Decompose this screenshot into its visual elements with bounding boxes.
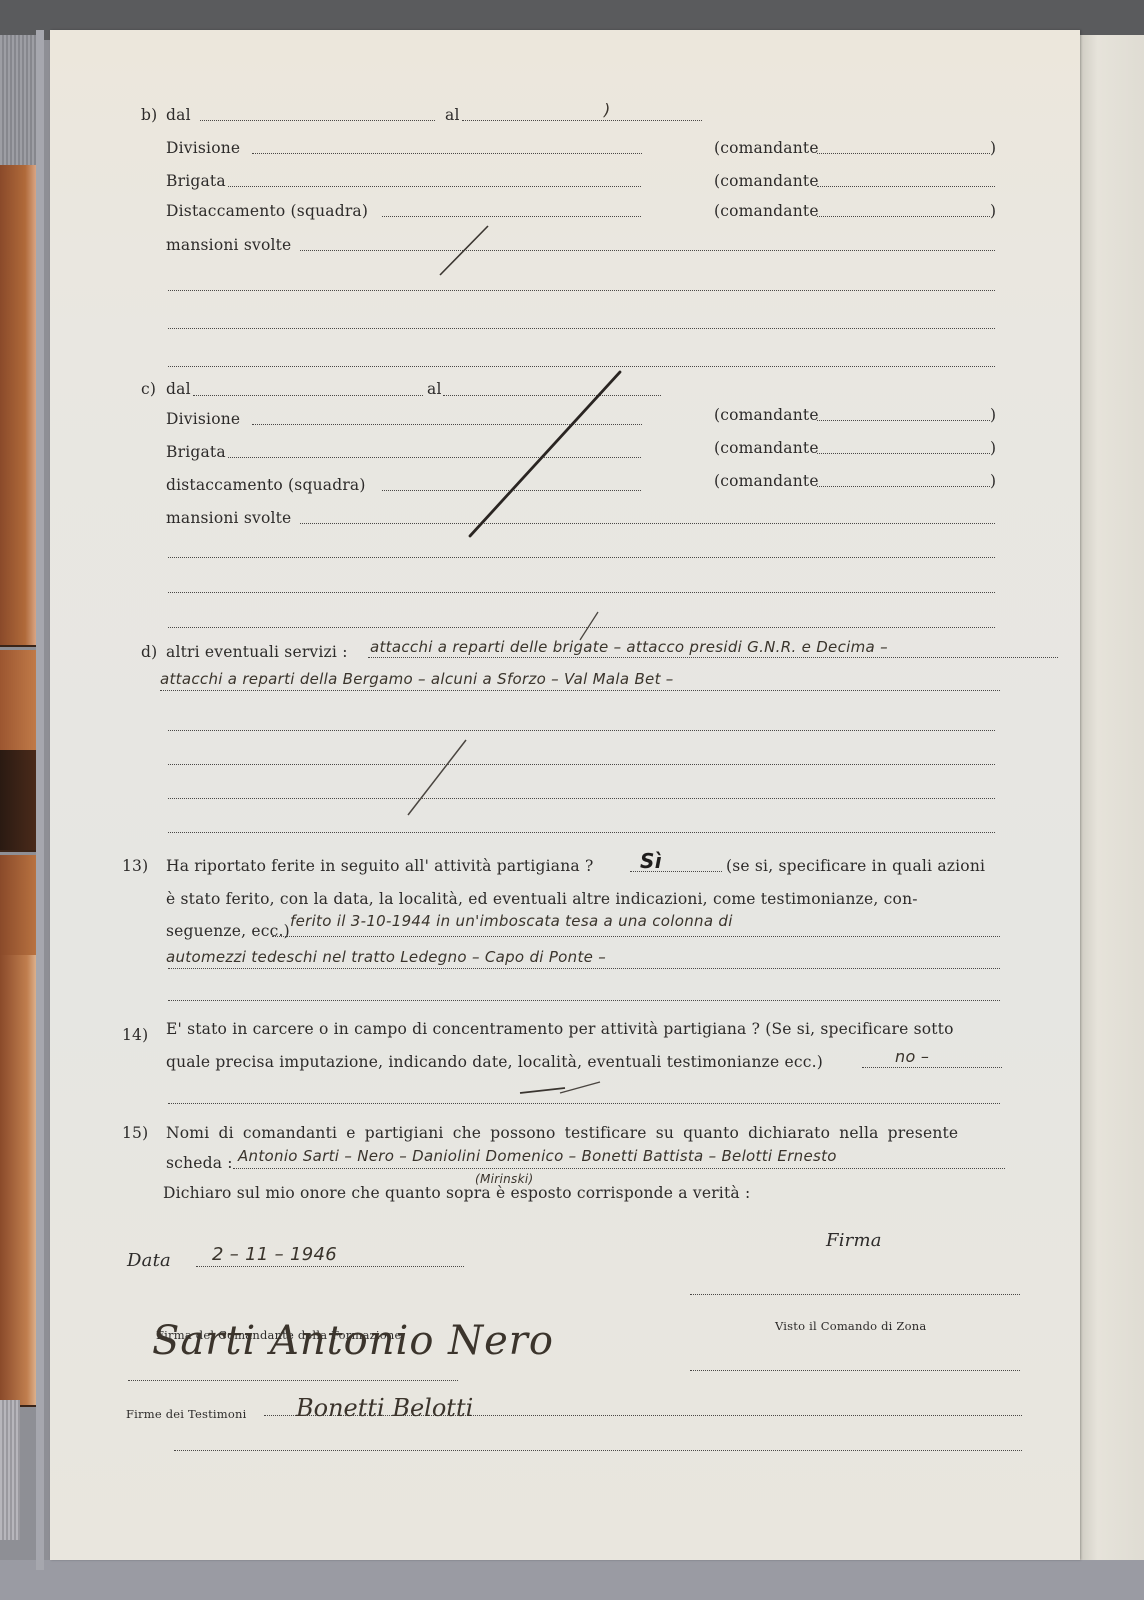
comandante-field[interactable] <box>817 486 990 487</box>
ferite-detail-answer: ferito il 3-10-1944 in un'imboscata tesa… <box>290 912 733 930</box>
binder-spine <box>0 165 36 647</box>
dal-field[interactable] <box>200 120 435 121</box>
altri-servizi-line[interactable] <box>168 764 995 765</box>
altri-servizi-line[interactable] <box>160 690 1000 691</box>
question-text: Nomi di comandanti e partigiani che poss… <box>166 1124 958 1142</box>
binder-spine <box>0 750 36 852</box>
date-label: Data <box>127 1250 171 1271</box>
comandante-field[interactable] <box>817 420 990 421</box>
question-text: Ha riportato ferite in seguito all' atti… <box>166 857 593 875</box>
declaration-text: Dichiaro sul mio onore che quanto sopra … <box>163 1184 750 1202</box>
distaccamento-label: Distaccamento (squadra) <box>166 202 368 220</box>
binder-edge <box>36 30 44 1570</box>
binder-spine <box>0 650 36 752</box>
dal-label: dal <box>166 106 191 124</box>
paren: ) <box>990 472 996 490</box>
altri-servizi-field[interactable] <box>368 657 1058 658</box>
paren: ) <box>990 439 996 457</box>
al-label: al <box>445 106 460 124</box>
comandante-field[interactable] <box>817 186 995 187</box>
al-label: al <box>427 380 442 398</box>
comandante-field[interactable] <box>817 216 990 217</box>
altri-servizi-answer: attacchi a reparti della Bergamo – alcun… <box>160 670 674 688</box>
mansioni-line[interactable] <box>168 592 995 593</box>
witnesses-line[interactable] <box>174 1450 1022 1451</box>
next-page-edge <box>1075 35 1144 1560</box>
binder-spine <box>0 855 36 957</box>
distaccamento-field[interactable] <box>382 216 641 217</box>
carcere-field[interactable] <box>862 1067 1002 1068</box>
altri-servizi-line[interactable] <box>168 730 995 731</box>
visto-field[interactable] <box>690 1370 1020 1371</box>
mansioni-line[interactable] <box>168 627 995 628</box>
ferite-detail-line[interactable] <box>168 968 1000 969</box>
question-text: seguenze, ecc.) <box>166 922 290 940</box>
brigata-label: Brigata <box>166 443 226 461</box>
section-label: b) <box>141 106 157 124</box>
al-field[interactable] <box>462 120 702 121</box>
background-bottom <box>0 1560 1144 1600</box>
ribbon <box>0 1400 20 1540</box>
binder-spine <box>0 955 36 1407</box>
comandante-label: (comandante <box>714 202 819 220</box>
question-text: scheda : <box>166 1154 233 1172</box>
mansioni-line[interactable] <box>168 290 995 291</box>
comandante-label: (comandante <box>714 439 819 457</box>
comandante-field[interactable] <box>817 153 990 154</box>
testimoni-field[interactable] <box>233 1168 1005 1169</box>
comandante-label: (comandante <box>714 172 819 190</box>
witness-signature: Bonetti Belotti <box>296 1394 473 1422</box>
commander-signature: Sarti Antonio Nero <box>152 1318 554 1364</box>
altri-servizi-answer: attacchi a reparti delle brigate – attac… <box>370 638 888 656</box>
divisione-field[interactable] <box>252 424 642 425</box>
testimoni-answer: Antonio Sarti – Nero – Daniolini Domenic… <box>238 1147 837 1165</box>
firma-label: Firma <box>826 1230 882 1251</box>
question-number: 15) <box>122 1124 148 1142</box>
section-label: d) <box>141 643 157 661</box>
divisione-label: Divisione <box>166 410 240 428</box>
mansioni-field[interactable] <box>300 250 995 251</box>
carcere-line[interactable] <box>168 1103 1000 1104</box>
divisione-label: Divisione <box>166 139 240 157</box>
question-text: E' stato in carcere o in campo di concen… <box>166 1020 954 1038</box>
mansioni-line[interactable] <box>168 557 995 558</box>
ferite-detail-line[interactable] <box>168 1000 1000 1001</box>
comandante-field[interactable] <box>817 453 990 454</box>
comandante-label: (comandante <box>714 406 819 424</box>
ferite-answer: Sì <box>640 849 662 873</box>
altri-servizi-label: altri eventuali servizi : <box>166 643 348 661</box>
visto-label: Visto il Comando di Zona <box>775 1319 926 1333</box>
paren: ) <box>990 406 996 424</box>
question-number: 14) <box>122 1026 148 1044</box>
firma-field[interactable] <box>690 1294 1020 1295</box>
ferite-detail-answer: automezzi tedeschi nel tratto Ledegno – … <box>166 948 606 966</box>
commander-signature-field[interactable] <box>128 1380 458 1381</box>
section-label: c) <box>141 380 156 398</box>
ferite-detail-field[interactable] <box>272 936 1000 937</box>
distaccamento-field[interactable] <box>382 490 641 491</box>
mansioni-line[interactable] <box>168 328 995 329</box>
question-number: 13) <box>122 857 148 875</box>
brigata-field[interactable] <box>228 186 641 187</box>
witnesses-label: Firme dei Testimoni <box>126 1407 247 1421</box>
mansioni-label: mansioni svolte <box>166 509 291 527</box>
divisione-field[interactable] <box>252 153 642 154</box>
question-text: quale precisa imputazione, indicando dat… <box>166 1053 823 1071</box>
question-text: (se si, specificare in quali azioni <box>726 857 985 875</box>
comandante-label: (comandante <box>714 472 819 490</box>
dal-field[interactable] <box>193 395 423 396</box>
altri-servizi-line[interactable] <box>168 832 995 833</box>
al-field[interactable] <box>443 395 661 396</box>
brigata-field[interactable] <box>228 457 641 458</box>
carcere-answer: no – <box>895 1047 929 1066</box>
mansioni-label: mansioni svolte <box>166 236 291 254</box>
mansioni-field[interactable] <box>300 523 995 524</box>
mansioni-line[interactable] <box>168 366 995 367</box>
comandante-label: (comandante <box>714 139 819 157</box>
dal-label: dal <box>166 380 191 398</box>
al-value: ) <box>604 100 611 119</box>
question-text: è stato ferito, con la data, la località… <box>166 890 918 908</box>
date-field[interactable] <box>196 1266 464 1267</box>
altri-servizi-line[interactable] <box>168 798 995 799</box>
distaccamento-label: distaccamento (squadra) <box>166 476 366 494</box>
paren: ) <box>990 139 996 157</box>
paren: ) <box>990 202 996 220</box>
date-value: 2 – 11 – 1946 <box>212 1244 337 1265</box>
brigata-label: Brigata <box>166 172 226 190</box>
